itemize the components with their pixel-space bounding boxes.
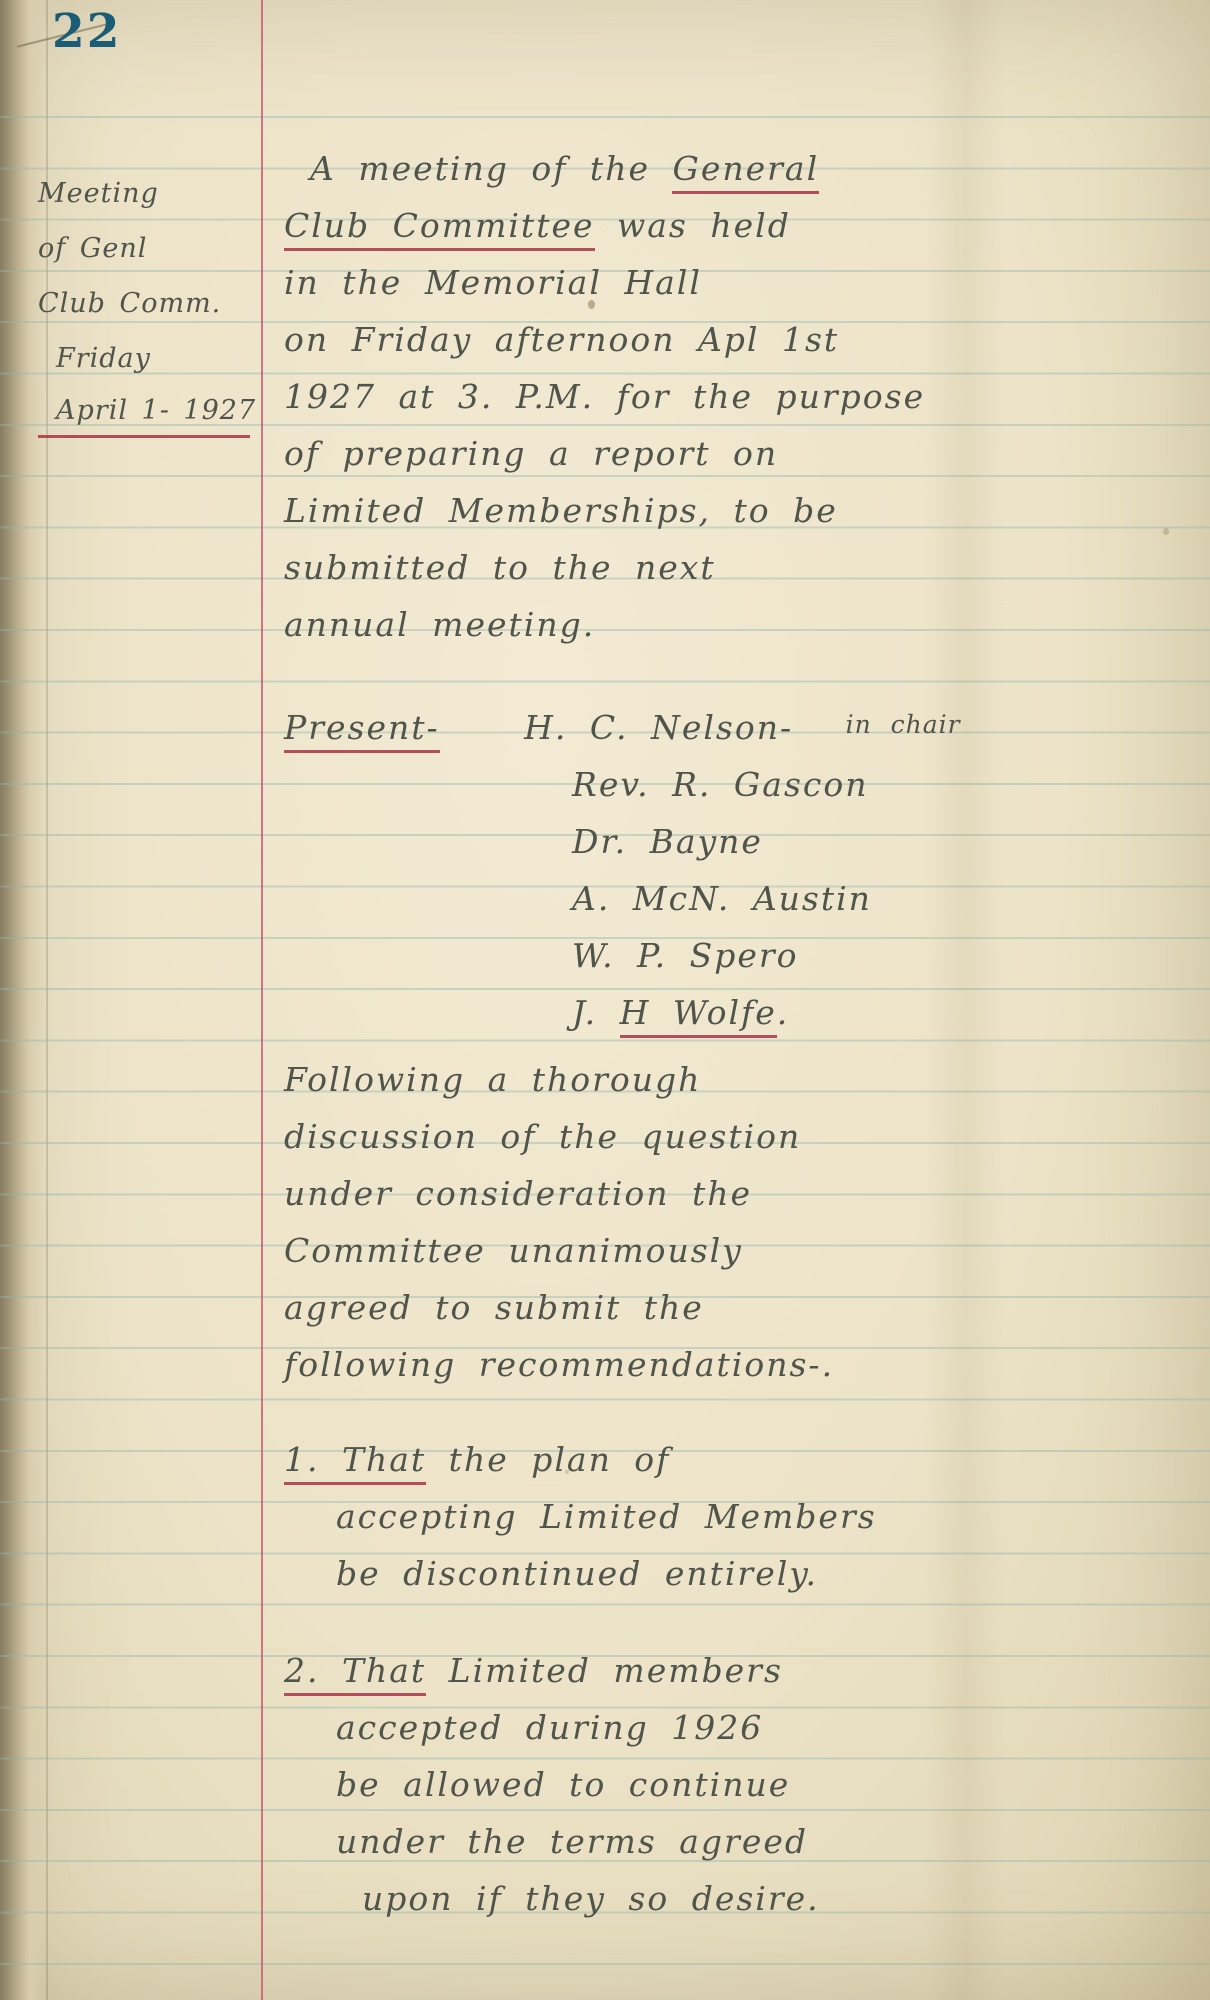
text-segment: annual meeting. <box>284 605 595 644</box>
handwritten-line: Friday <box>38 331 250 386</box>
text-segment: of preparing a report on <box>284 434 778 473</box>
chair-note: in chair <box>846 710 961 739</box>
text-segment: Club Comm. <box>38 288 221 319</box>
text-segment: accepted during 1926 <box>336 1708 763 1747</box>
text-segment: be discontinued entirely. <box>336 1554 818 1593</box>
page-number: 22 <box>52 4 121 59</box>
red-underlined-text: 2. That <box>284 1651 426 1696</box>
text-segment: Friday <box>56 343 151 374</box>
handwritten-line: of Genl <box>38 221 250 276</box>
red-underlined-text: Club Committee <box>284 206 595 251</box>
text-segment: A. McN. Austin <box>572 879 872 918</box>
recommendation-1: 1. That the plan ofaccepting Limited Mem… <box>284 1431 1194 1602</box>
handwritten-line: W. P. Spero <box>572 927 1194 984</box>
text-segment: was held <box>595 206 791 245</box>
text-segment: A meeting of the <box>310 149 672 188</box>
handwritten-line: accepting Limited Members <box>284 1488 1194 1545</box>
text-segment: in the Memorial Hall <box>284 263 702 302</box>
chairman-name: H. C. Nelson- <box>524 708 793 747</box>
text-segment: Committee unanimously <box>284 1231 743 1270</box>
handwritten-line: be discontinued entirely. <box>284 1545 1194 1602</box>
text-segment: under the terms agreed <box>336 1822 808 1861</box>
handwritten-line: Limited Memberships, to be <box>284 482 1194 539</box>
text-segment: April 1- 1927 <box>56 395 256 426</box>
text-segment: discussion of the question <box>284 1117 801 1156</box>
handwritten-line: submitted to the next <box>284 539 1194 596</box>
recommendation-2: 2. That Limited membersaccepted during 1… <box>284 1642 1194 1927</box>
text-segment: J. <box>572 993 620 1032</box>
red-underlined-text: General <box>672 149 819 194</box>
text-segment: Limited Memberships, to be <box>284 491 838 530</box>
text-segment: Limited members <box>426 1651 783 1690</box>
text-segment: upon if they so desire. <box>362 1879 820 1918</box>
handwritten-line: in the Memorial Hall <box>284 254 1194 311</box>
text-segment: agreed to submit the <box>284 1288 704 1327</box>
discussion-paragraph: Following a thoroughdiscussion of the qu… <box>284 1051 1194 1393</box>
red-underlined-text: H Wolfe <box>620 993 777 1038</box>
attendee-list: Rev. R. GasconDr. BayneA. McN. AustinW. … <box>284 756 1194 1041</box>
handwritten-line: 1927 at 3. P.M. for the purpose <box>284 368 1194 425</box>
text-segment: of Genl <box>38 233 147 264</box>
handwritten-line: A meeting of the General <box>284 140 1194 197</box>
text-segment: Meeting <box>38 178 159 209</box>
text-segment: 1927 at 3. P.M. for the purpose <box>284 377 925 416</box>
text-segment: Following a thorough <box>284 1060 701 1099</box>
handwritten-line: upon if they so desire. <box>284 1870 1194 1927</box>
text-segment: W. P. Spero <box>572 936 799 975</box>
handwritten-line: Meeting <box>38 166 250 221</box>
text-segment: on Friday afternoon Apl 1st <box>284 320 839 359</box>
handwritten-line: Following a thorough <box>284 1051 1194 1108</box>
handwritten-line: Club Comm. <box>38 276 250 331</box>
handwritten-line: of preparing a report on <box>284 425 1194 482</box>
red-underlined-text: 1. That <box>284 1440 426 1485</box>
text-segment: under consideration the <box>284 1174 752 1213</box>
text-segment: be allowed to continue <box>336 1765 790 1804</box>
handwritten-line: Rev. R. Gascon <box>572 756 1194 813</box>
minute-book-page: 22 Meetingof GenlClub Comm.FridayApril 1… <box>0 0 1210 2000</box>
present-line: Present- H. C. Nelson- in chair <box>284 696 1194 756</box>
handwritten-line: accepted during 1926 <box>284 1699 1194 1756</box>
handwritten-line: following recommendations-. <box>284 1336 1194 1393</box>
opening-paragraph: A meeting of the GeneralClub Committee w… <box>284 140 1194 653</box>
handwritten-line: under the terms agreed <box>284 1813 1194 1870</box>
present-label: Present- <box>284 708 440 753</box>
handwritten-line: under consideration the <box>284 1165 1194 1222</box>
handwritten-line: A. McN. Austin <box>572 870 1194 927</box>
handwritten-line: be allowed to continue <box>284 1756 1194 1813</box>
handwritten-line: Committee unanimously <box>284 1222 1194 1279</box>
text-segment: accepting Limited Members <box>336 1497 877 1536</box>
handwritten-line: Dr. Bayne <box>572 813 1194 870</box>
text-segment: submitted to the next <box>284 548 716 587</box>
handwritten-line: April 1- 1927 <box>38 386 250 438</box>
text-segment: Dr. Bayne <box>572 822 763 861</box>
handwritten-line: annual meeting. <box>284 596 1194 653</box>
text-segment: Rev. R. Gascon <box>572 765 868 804</box>
margin-rule-line <box>261 0 263 2000</box>
handwritten-line: discussion of the question <box>284 1108 1194 1165</box>
minutes-body: A meeting of the GeneralClub Committee w… <box>284 140 1194 1927</box>
handwritten-line: Club Committee was held <box>284 197 1194 254</box>
handwritten-line: on Friday afternoon Apl 1st <box>284 311 1194 368</box>
text-segment: . <box>777 993 790 1032</box>
handwritten-line: 2. That Limited members <box>284 1642 1194 1699</box>
handwritten-line: 1. That the plan of <box>284 1431 1194 1488</box>
handwritten-line: J. H Wolfe. <box>572 984 1194 1041</box>
handwritten-line: agreed to submit the <box>284 1279 1194 1336</box>
margin-notes: Meetingof GenlClub Comm.FridayApril 1- 1… <box>38 166 250 441</box>
text-segment: the plan of <box>426 1440 670 1479</box>
text-segment: following recommendations-. <box>284 1345 834 1384</box>
